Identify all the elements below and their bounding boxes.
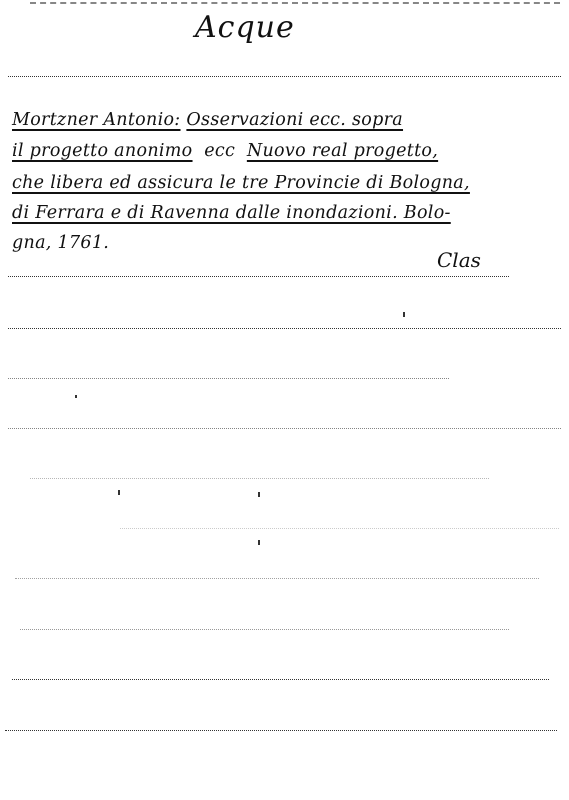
dotted-rule xyxy=(8,378,449,379)
dotted-rule xyxy=(5,730,557,731)
scan-speck xyxy=(75,395,77,398)
scan-speck xyxy=(258,492,260,497)
card-heading: Acque xyxy=(195,10,295,45)
work-subtitle-1: che libera ed assicura le tre Provincie … xyxy=(12,173,470,193)
author-name: Mortzner Antonio: xyxy=(12,110,181,130)
dotted-rule xyxy=(15,578,539,579)
scan-speck xyxy=(258,540,260,545)
work-title-part3: Nuovo real progetto, xyxy=(247,141,438,161)
dotted-rule xyxy=(20,629,509,630)
dotted-rule xyxy=(12,679,549,680)
work-title-part2: il progetto anonimo xyxy=(12,141,193,161)
entry-line-2: il progetto anonimo ecc Nuovo real proge… xyxy=(12,141,438,161)
scan-speck xyxy=(403,312,405,317)
dotted-rule xyxy=(8,328,561,329)
entry-line-5: gna, 1761. xyxy=(12,233,109,253)
dotted-rule xyxy=(120,528,559,529)
dotted-rule xyxy=(8,428,561,429)
cataloguer-signature: Clas xyxy=(437,248,481,272)
entry-line-1: Mortzner Antonio: Osservazioni ecc. sopr… xyxy=(12,110,403,130)
work-title-part1: Osservazioni ecc. sopra xyxy=(186,110,403,130)
scan-speck xyxy=(118,490,120,495)
dotted-rule xyxy=(8,76,561,77)
entry-line-4: di Ferrara e di Ravenna dalle inondazion… xyxy=(12,203,451,223)
work-subtitle-2: di Ferrara e di Ravenna dalle inondazion… xyxy=(12,203,451,223)
dotted-rule xyxy=(8,276,509,277)
work-title-ecc: ecc xyxy=(204,141,235,161)
entry-line-3: che libera ed assicura le tre Provincie … xyxy=(12,173,470,193)
card-top-edge xyxy=(30,2,560,8)
index-card: Acque Mortzner Antonio: Osservazioni ecc… xyxy=(0,0,569,800)
publication-place-date: gna, 1761. xyxy=(12,233,109,253)
dotted-rule xyxy=(30,478,489,479)
